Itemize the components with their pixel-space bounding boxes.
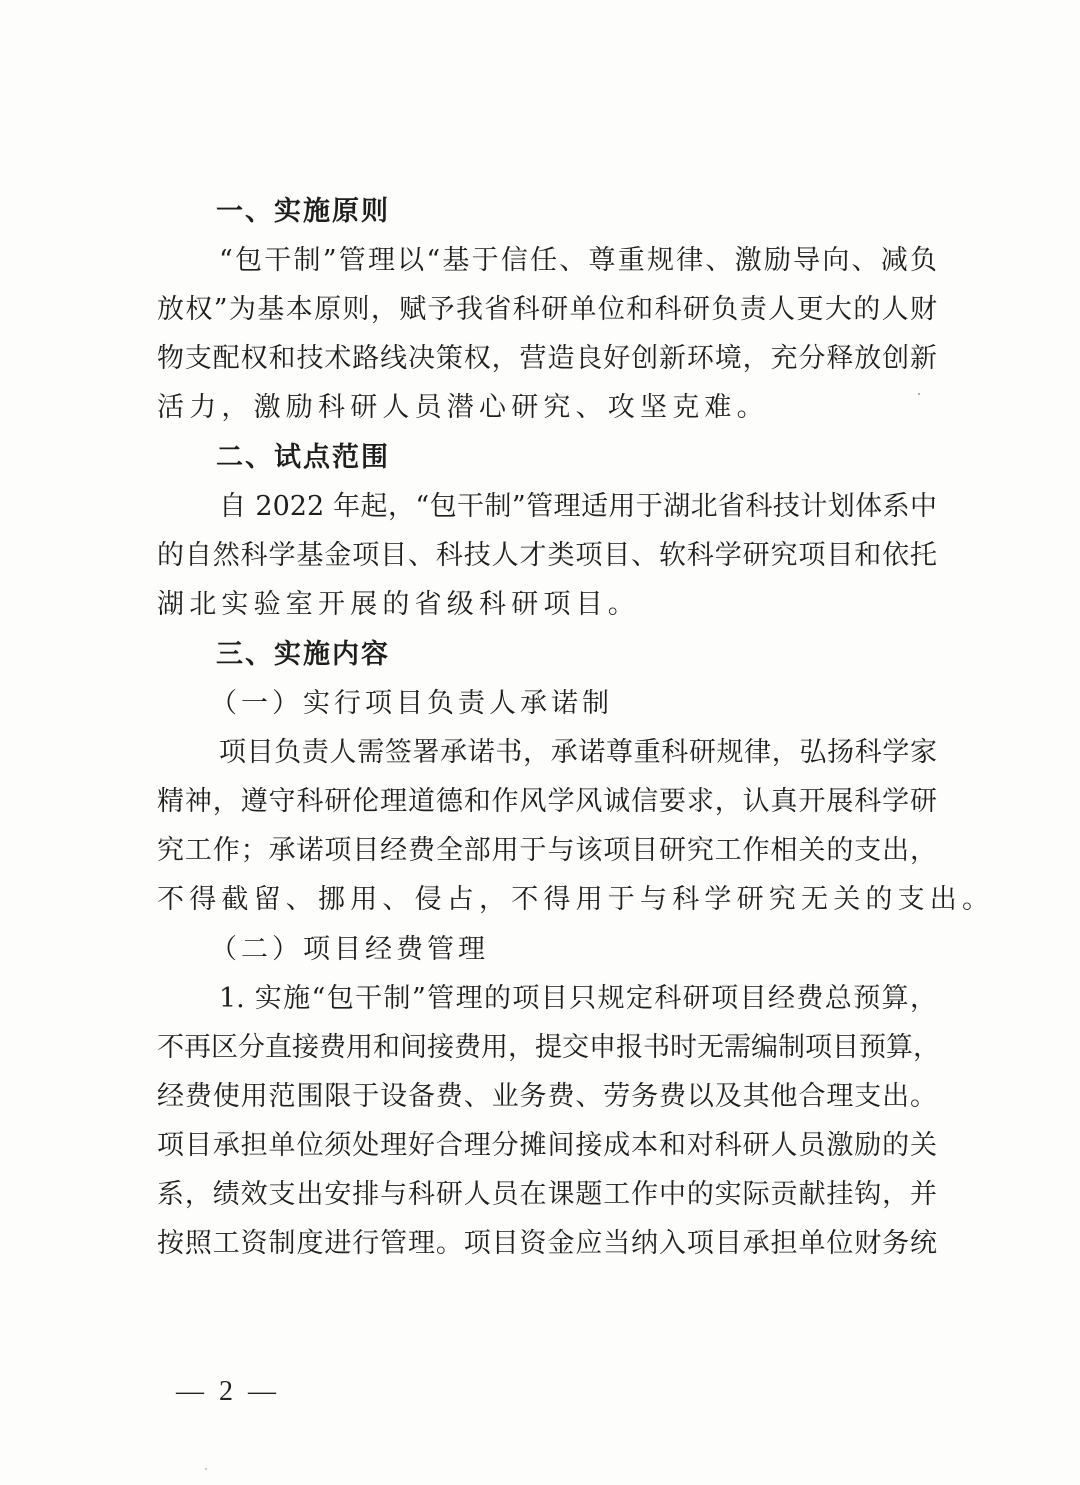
paragraph-line: 物支配权和技术路线决策权，营造良好创新环境，充分释放创新: [157, 335, 937, 383]
paragraph-line: 项目承担单位须处理好合理分摊间接成本和对科研人员激励的关: [157, 1122, 937, 1170]
paragraph-line: 不得截留、挪用、侵占，不得用于与科学研究无关的支出。: [157, 876, 937, 924]
scan-speck: [205, 1468, 207, 1470]
paragraph-line: 活力，激励科研人员潜心研究、攻坚克难。: [157, 384, 937, 432]
paragraph-line: 系，绩效支出安排与科研人员在课题工作中的实际贡献挂钩，并: [157, 1171, 937, 1219]
subsection-heading-commitment: （一）实行项目负责人承诺制: [210, 680, 990, 728]
paragraph-line: “包干制”管理以“基于信任、尊重规律、激励导向、减负: [219, 237, 937, 285]
document-page: 一、实施原则 “包干制”管理以“基于信任、尊重规律、激励导向、减负 放权”为基本…: [0, 0, 1080, 1485]
section-heading-content: 三、实施内容: [216, 631, 996, 679]
paragraph-line: 项目负责人需签署承诺书，承诺尊重科研规律，弘扬科学家: [219, 729, 937, 777]
paragraph-line: 按照工资制度进行管理。项目资金应当纳入项目承担单位财务统: [157, 1220, 937, 1268]
subsection-heading-funding: （二）项目经费管理: [210, 926, 990, 974]
page-number: — 2 —: [176, 1374, 280, 1410]
paragraph-line: 自 2022 年起，“包干制”管理适用于湖北省科技计划体系中: [219, 483, 937, 531]
paragraph-line: 精神，遵守科研伦理道德和作风学风诚信要求，认真开展科学研: [157, 778, 937, 826]
paragraph-line: 放权”为基本原则，赋予我省科研单位和科研负责人更大的人财: [157, 286, 937, 334]
paragraph-line: 1. 实施“包干制”管理的项目只规定科研项目经费总预算，: [219, 975, 937, 1023]
paragraph-line: 不再区分直接费用和间接费用，提交申报书时无需编制项目预算，: [157, 1024, 937, 1072]
paragraph-line: 湖北实验室开展的省级科研项目。: [157, 581, 937, 629]
section-heading-scope: 二、试点范围: [216, 434, 996, 482]
scan-speck: [918, 393, 920, 395]
paragraph-line: 究工作；承诺项目经费全部用于与该项目研究工作相关的支出，: [157, 827, 937, 875]
paragraph-line: 经费使用范围限于设备费、业务费、劳务费以及其他合理支出。: [157, 1073, 937, 1121]
paragraph-line: 的自然科学基金项目、科技人才类项目、软科学研究项目和依托: [157, 532, 937, 580]
section-heading-principles: 一、实施原则: [216, 188, 996, 236]
